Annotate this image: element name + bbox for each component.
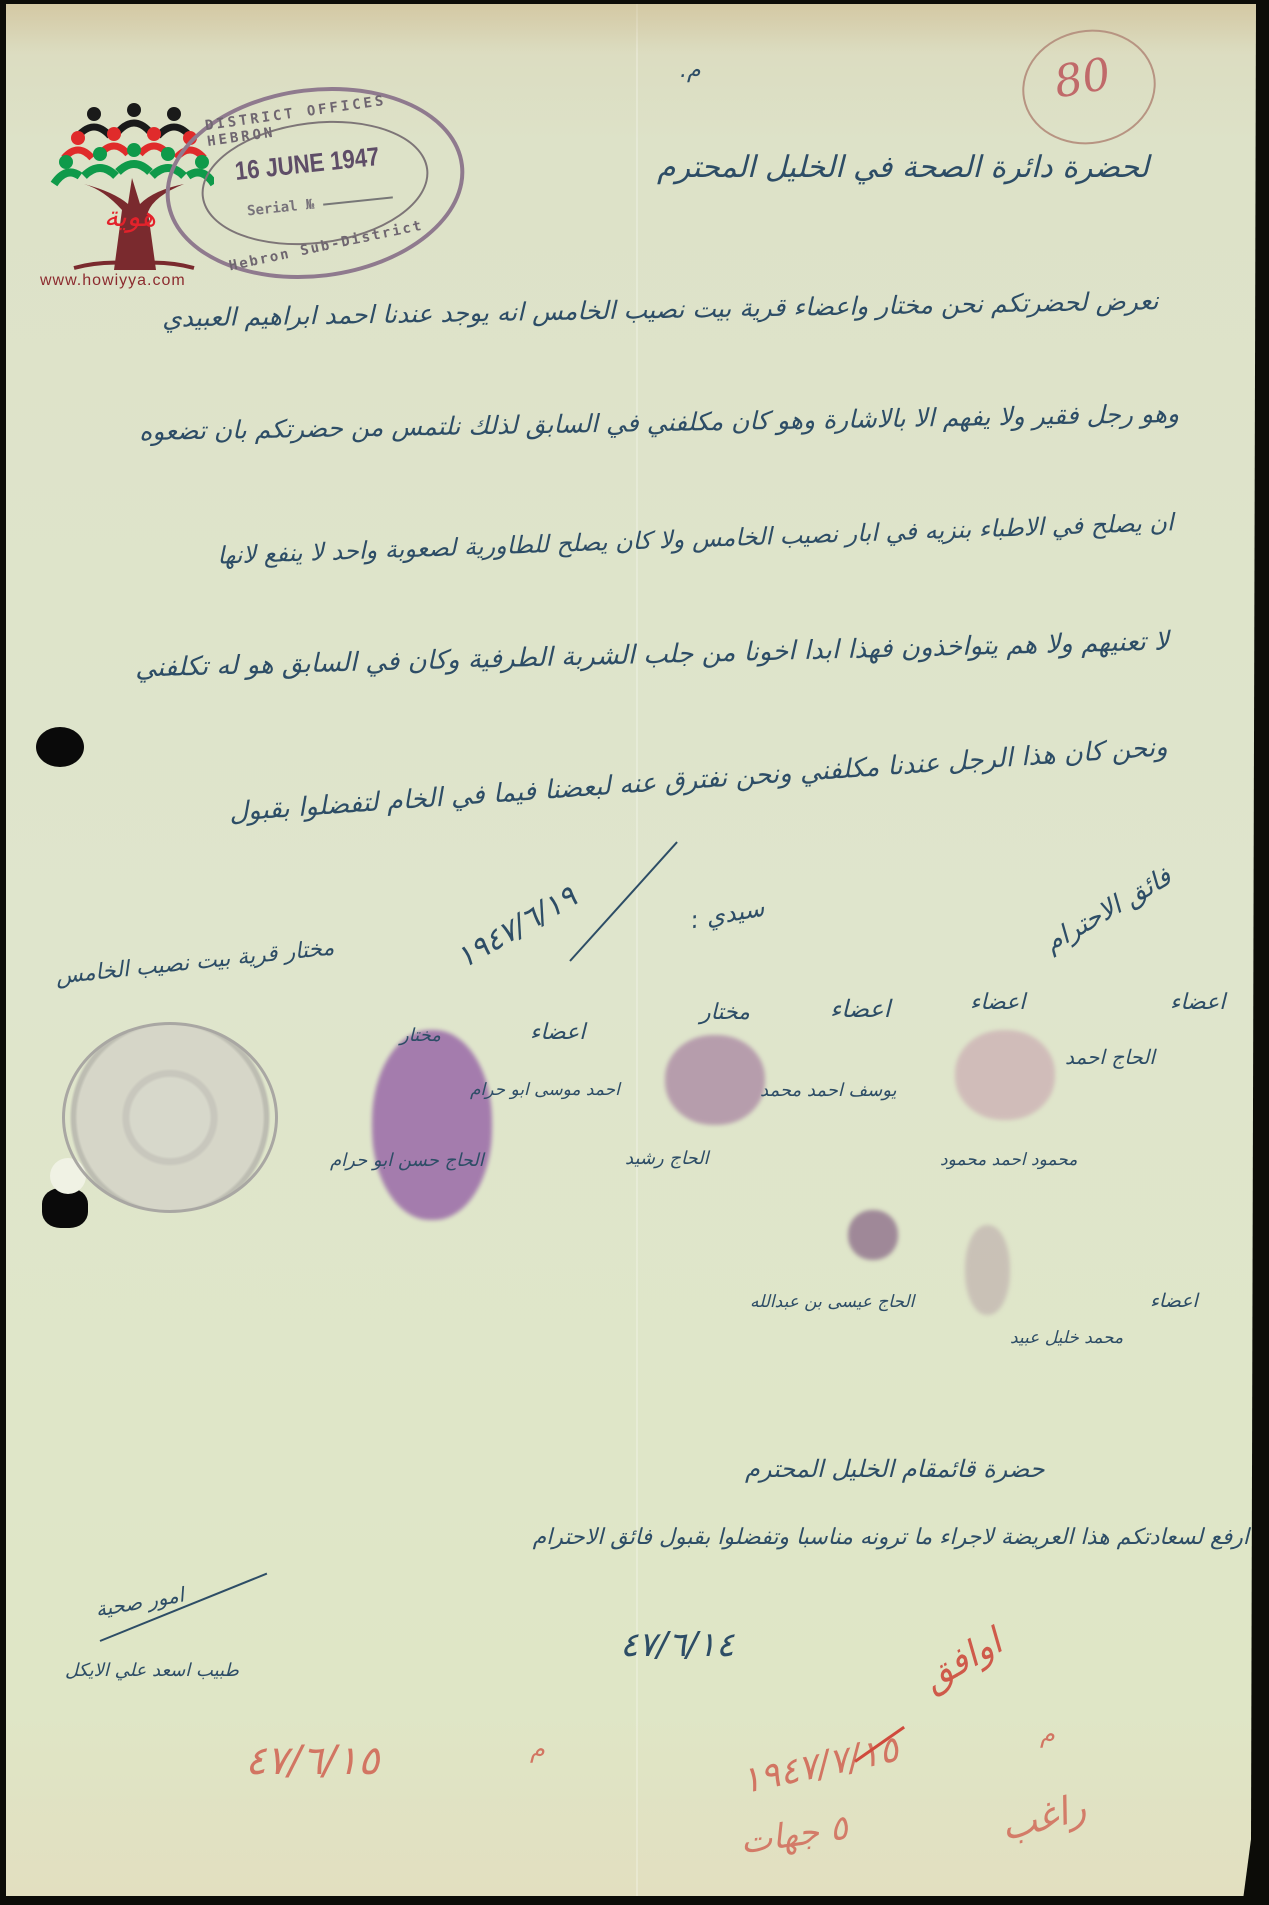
fingerprint-3 (955, 1030, 1055, 1120)
signatory-name-1: الحاج احمد (1065, 1045, 1155, 1069)
signatory-extra-header: اعضاء (1150, 1290, 1198, 1312)
red-mark-left: م (530, 1735, 545, 1763)
logo-arabic-text: هوية (104, 200, 156, 233)
minute-date: ٤٧/٦/١٤ (620, 1625, 734, 1665)
signatory-name-5: احمد موسى ابو حرام (470, 1080, 620, 1100)
logo-url[interactable]: www.howiyya.com (40, 272, 186, 290)
signatory-name-3: يوسف احمد محمد (760, 1080, 897, 1101)
addressee: لحضرة دائرة الصحة في الخليل المحترم (657, 150, 1149, 185)
reference-mark: م. (680, 58, 701, 83)
signatory-header-3: اعضاء (830, 995, 890, 1023)
minute-text: ارفع لسعادتكم هذا العريضة لاجراء ما ترون… (533, 1525, 1249, 1550)
punch-hole-top (36, 727, 84, 767)
red-date-left: ٤٧/٦/١٥ (245, 1738, 379, 1784)
fingerprint-4 (848, 1210, 898, 1260)
folio-number: 80 (1050, 49, 1114, 109)
fingerprint-2 (665, 1035, 765, 1125)
signatory-header-1: اعضاء (1170, 990, 1225, 1015)
signatory-header-5: اعضاء (530, 1020, 585, 1045)
signatory-name-4: الحاج رشيد (625, 1148, 709, 1169)
signatory-name-6: الحاج حسن ابو حرام (330, 1150, 484, 1171)
minute-addressee: حضرة قائمقام الخليل المحترم (745, 1455, 1045, 1483)
fingerprint-1 (372, 1030, 492, 1220)
signatory-name-7: الحاج عيسى بن عبدالله (750, 1292, 914, 1312)
signatory-header-4: مختار (700, 1000, 750, 1025)
district-offices-stamp: DISTRICT OFFICES HEBRON 16 JUNE 1947 Ser… (165, 88, 465, 278)
mukhtar-round-seal (62, 1022, 278, 1213)
signatory-name-8: محمد خليل عبيد (1010, 1328, 1123, 1348)
red-mark-right: م (1040, 1720, 1055, 1748)
fold-crease (636, 4, 638, 1896)
signatory-header-2: اعضاء (970, 990, 1025, 1015)
signatory-header-6: مختار (400, 1025, 441, 1046)
punch-hole-bottom (42, 1188, 88, 1228)
minute-signature-name: طبيب اسعد علي الايكل (65, 1660, 239, 1681)
fingerprint-5 (965, 1225, 1010, 1315)
signatory-name-2: محمود احمد محمود (940, 1150, 1077, 1170)
